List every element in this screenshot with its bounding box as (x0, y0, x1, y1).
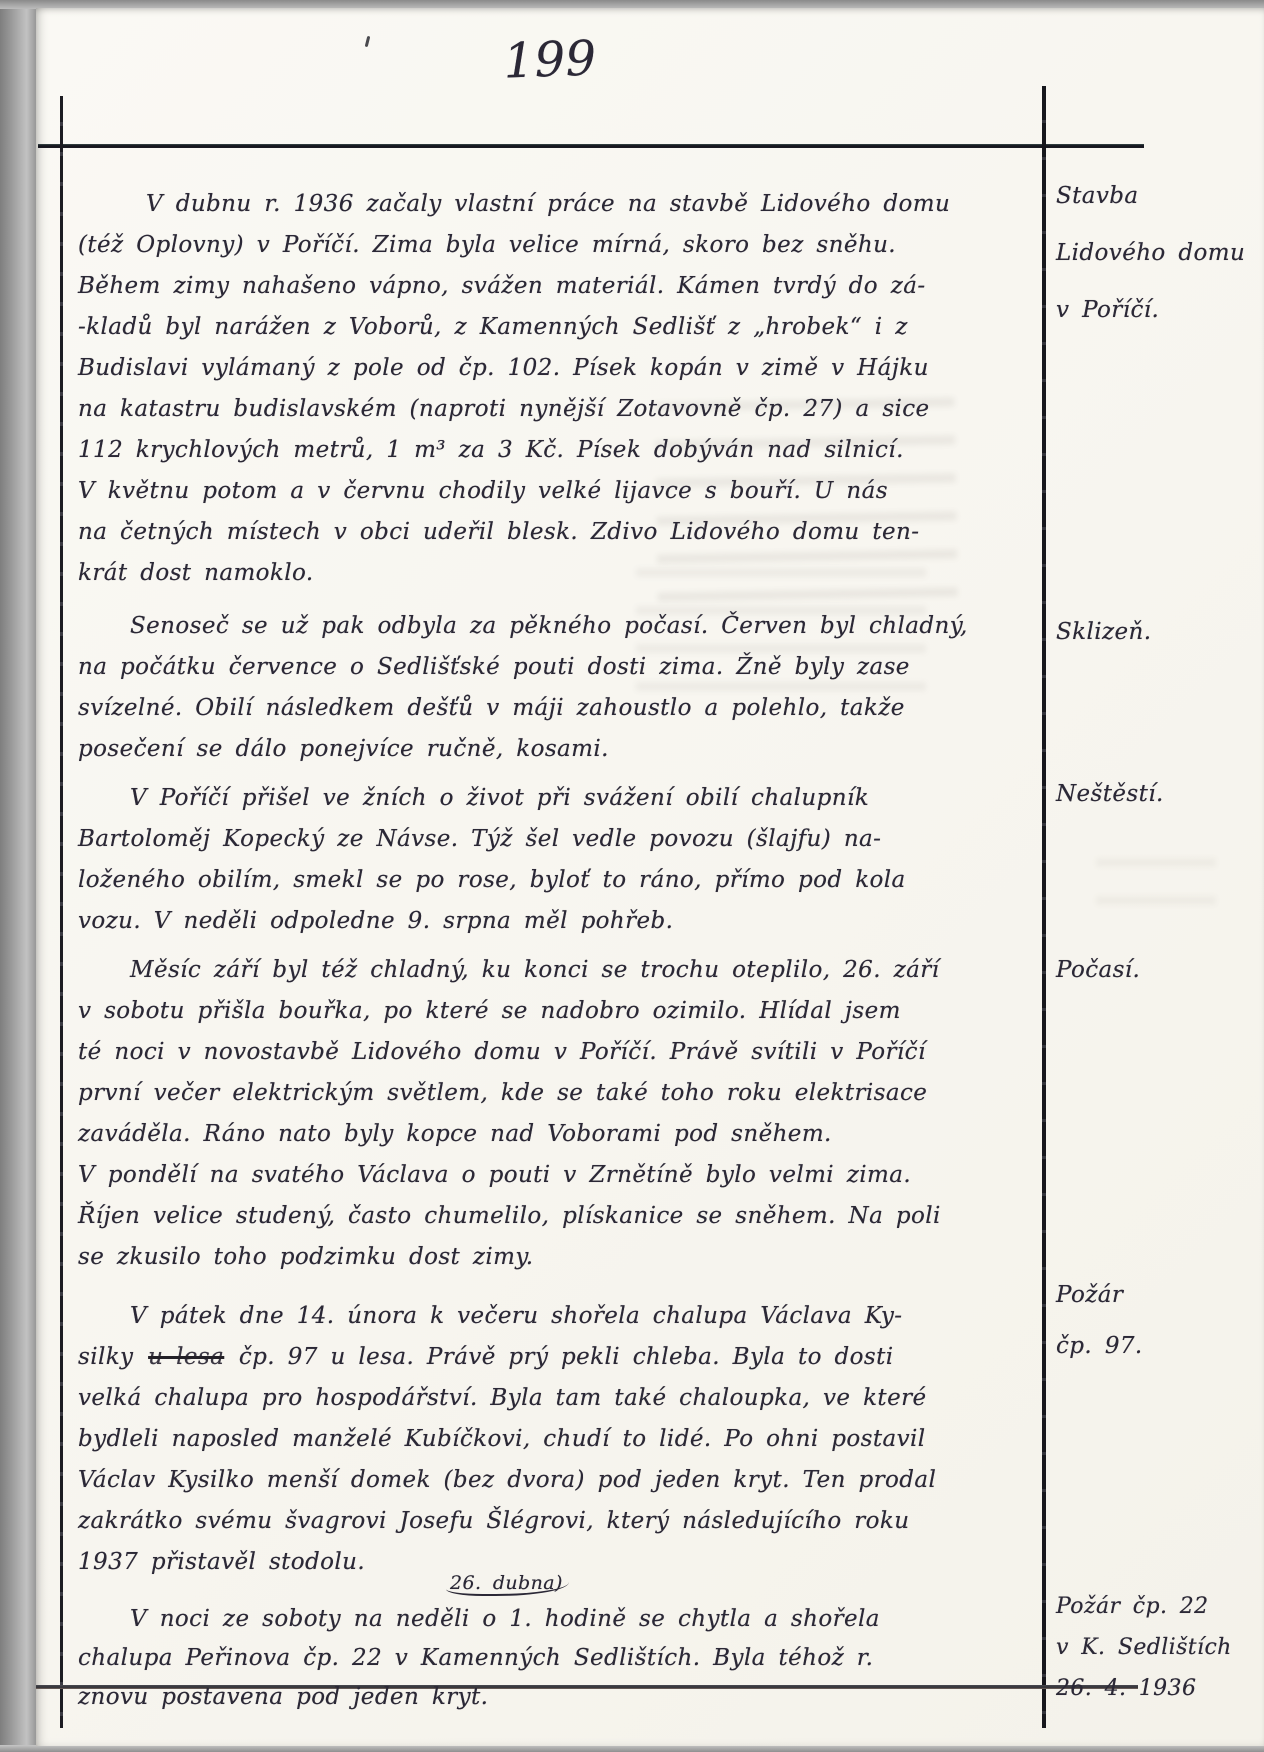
interlinear-insertion: 26. dubna) (446, 1573, 569, 1596)
margin-note-line: Neštěstí. (1056, 774, 1264, 815)
text-segment: čp. 97 u lesa. Právě prý pekli chleba. B… (226, 1344, 893, 1370)
margin-note-pozar-97: Požár čp. 97. (1056, 1270, 1264, 1372)
text-line: té noci v novostavbě Lidového domu v Poř… (78, 1032, 1036, 1073)
margin-note-line: čp. 97. (1056, 1321, 1264, 1372)
text-line: zaváděla. Ráno nato byly kopce nad Vobor… (78, 1114, 1036, 1155)
margin-note-sklizen: Sklizeň. (1056, 612, 1264, 653)
margin-note-line: 26. 4. 1936 (1056, 1668, 1264, 1709)
text-line: krát dost namoklo. (78, 553, 1036, 594)
margin-note-line: Sklizeň. (1056, 612, 1264, 653)
text-line: svízelné. Obilí následkem dešťů v máji z… (78, 688, 1036, 729)
margin-note-line: Počasí. (1056, 950, 1264, 991)
text-line: se zkusilo toho podzimku dost zimy. (78, 1237, 1036, 1278)
text-line: loženého obilím, smekl se po rose, byloť… (78, 860, 1036, 901)
text-line: na četných místech v obci udeřil blesk. … (78, 512, 1036, 553)
text-line: zakrátko svému švagrovi Josefu Šlégrovi,… (78, 1501, 1036, 1542)
scanned-chronicle-page: 199 V dubnu r. 1936 začaly vlastní práce… (0, 0, 1264, 1752)
text-line: v sobotu přišla bouřka, po které se nado… (78, 991, 1036, 1032)
left-margin-rule (60, 96, 63, 1728)
bleed-through-artifact (1096, 858, 1216, 918)
struck-text: u lesa (146, 1344, 226, 1370)
text-line: V pátek dne 14. února k večeru shořela c… (78, 1296, 1036, 1337)
text-line: posečení se dálo ponejvíce ručně, kosami… (78, 729, 1036, 770)
margin-note-line: Požár (1056, 1270, 1264, 1321)
margin-note-line: Stavba (1056, 168, 1264, 225)
text-line: Bartoloměj Kopecký ze Návse. Týž šel ved… (78, 819, 1036, 860)
paragraph-pozar-97: V pátek dne 14. února k večeru shořela c… (78, 1296, 1036, 1583)
paragraph-pozar-22: V noci ze soboty na neděli o 1. hodině s… (78, 1600, 1036, 1717)
text-line: V pondělí na svatého Václava o pouti v Z… (78, 1155, 1036, 1196)
text-line: V noci ze soboty na neděli o 1. hodině s… (78, 1600, 1036, 1639)
text-segment: V noci ze soboty na neděli o 1. hodině s… (130, 1606, 880, 1632)
text-line: -kladů byl narážen z Voborů, z Kamenných… (78, 307, 1036, 348)
margin-note-nestesti: Neštěstí. (1056, 774, 1264, 815)
paragraph-sklizen: Senoseč se už pak odbyla za pěkného poča… (78, 606, 1036, 770)
text-line: znovu postavena pod jeden kryt. (78, 1678, 1036, 1717)
text-line: Během zimy nahašeno vápno, svážen materi… (78, 266, 1036, 307)
text-line: bydleli naposled manželé Kubíčkovi, chud… (78, 1419, 1036, 1460)
margin-note-line: Požár čp. 22 (1056, 1586, 1264, 1627)
margin-divider-rule (1042, 86, 1046, 1728)
text-line: Senoseč se už pak odbyla za pěkného poča… (78, 606, 1036, 647)
paragraph-pocasi: Měsíc září byl též chladný, ku konci se … (78, 950, 1036, 1278)
text-line: na počátku července o Sedlišťské pouti d… (78, 647, 1036, 688)
paragraph-nestesti: V Poříčí přišel ve žních o život při svá… (78, 778, 1036, 942)
text-line: V dubnu r. 1936 začaly vlastní práce na … (78, 184, 1036, 225)
text-line: V Poříčí přišel ve žních o život při svá… (78, 778, 1036, 819)
text-line: velká chalupa pro hospodářství. Byla tam… (78, 1378, 1036, 1419)
text-line: silky u lesa čp. 97 u lesa. Právě prý pe… (78, 1337, 1036, 1378)
text-line: chalupa Peřinova čp. 22 v Kamenných Sedl… (78, 1639, 1036, 1678)
text-line: Václav Kysilko menší domek (bez dvora) p… (78, 1460, 1036, 1501)
chronicle-paper: 199 V dubnu r. 1936 začaly vlastní práce… (36, 8, 1264, 1746)
margin-note-pocasi: Počasí. (1056, 950, 1264, 991)
text-segment: silky (78, 1344, 146, 1370)
margin-note-line: v Poříčí. (1056, 282, 1264, 339)
text-line: V květnu potom a v červnu chodily velké … (78, 471, 1036, 512)
text-line: první večer elektrickým světlem, kde se … (78, 1073, 1036, 1114)
text-line: Budislavi vylámaný z pole od čp. 102. Pí… (78, 348, 1036, 389)
text-line: vozu. V neděli odpoledne 9. srpna měl po… (78, 901, 1036, 942)
margin-note-pozar-22: Požár čp. 22 v K. Sedlištích 26. 4. 1936 (1056, 1586, 1264, 1709)
margin-note-line: Lidového domu (1056, 225, 1264, 282)
scan-edge-bottom (0, 1745, 1264, 1752)
scan-edge-left (0, 0, 38, 1752)
margin-note-stavba: Stavba Lidového domu v Poříčí. (1056, 168, 1264, 339)
text-line: Říjen velice studený, často chumelilo, p… (78, 1196, 1036, 1237)
text-line: (též Oplovny) v Poříčí. Zima byla velice… (78, 225, 1036, 266)
text-line: 112 krychlových metrů, 1 m³ za 3 Kč. Pís… (78, 430, 1036, 471)
main-text-column: V dubnu r. 1936 začaly vlastní práce na … (78, 8, 1036, 1746)
text-line: na katastru budislavském (naproti nynějš… (78, 389, 1036, 430)
text-line: Měsíc září byl též chladný, ku konci se … (78, 950, 1036, 991)
margin-note-line: v K. Sedlištích (1056, 1627, 1264, 1668)
paragraph-stavba: V dubnu r. 1936 začaly vlastní práce na … (78, 184, 1036, 594)
